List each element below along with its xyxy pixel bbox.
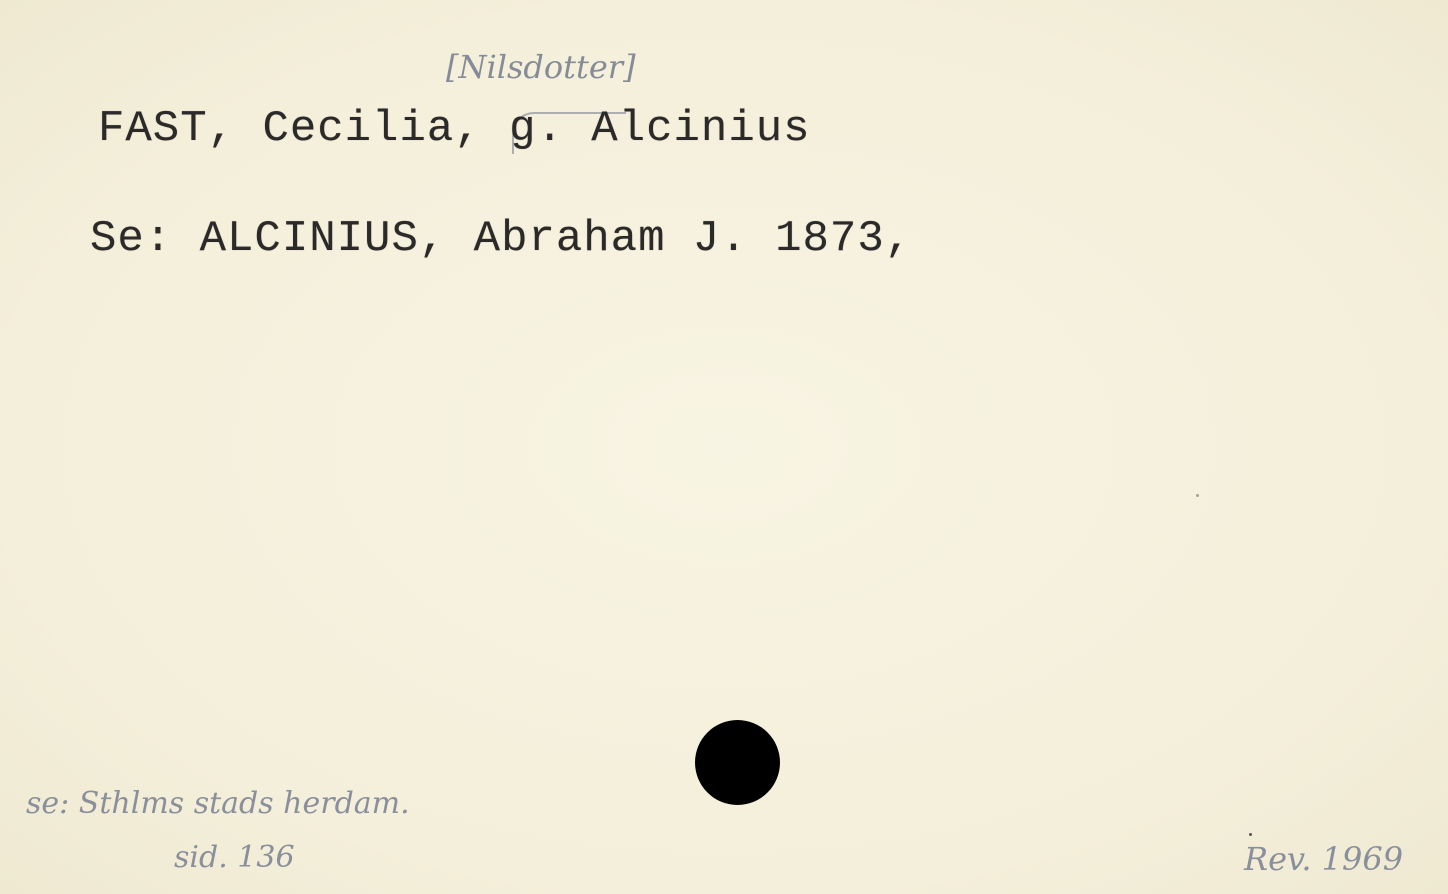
married-name: g. Alcinius (509, 104, 810, 154)
handwritten-reference-page: sid. 136 (174, 840, 295, 875)
ink-speck (1196, 494, 1199, 497)
see-reference: Se: ALCINIUS, Abraham J. 1873, (90, 214, 912, 264)
given-name: Cecilia, (262, 104, 481, 154)
handwritten-reference-source: se: Sthlms stads herdam. (26, 786, 410, 821)
handwritten-revision: Rev. 1969 (1244, 840, 1403, 878)
handwritten-insert: [Nilsdotter] (446, 48, 636, 86)
punch-hole (695, 720, 780, 805)
ink-speck (1249, 833, 1252, 836)
index-card: [Nilsdotter] FAST, Cecilia, g. Alcinius … (0, 0, 1448, 894)
card-heading: FAST, Cecilia, g. Alcinius (98, 104, 811, 154)
surname: FAST, (98, 104, 235, 154)
